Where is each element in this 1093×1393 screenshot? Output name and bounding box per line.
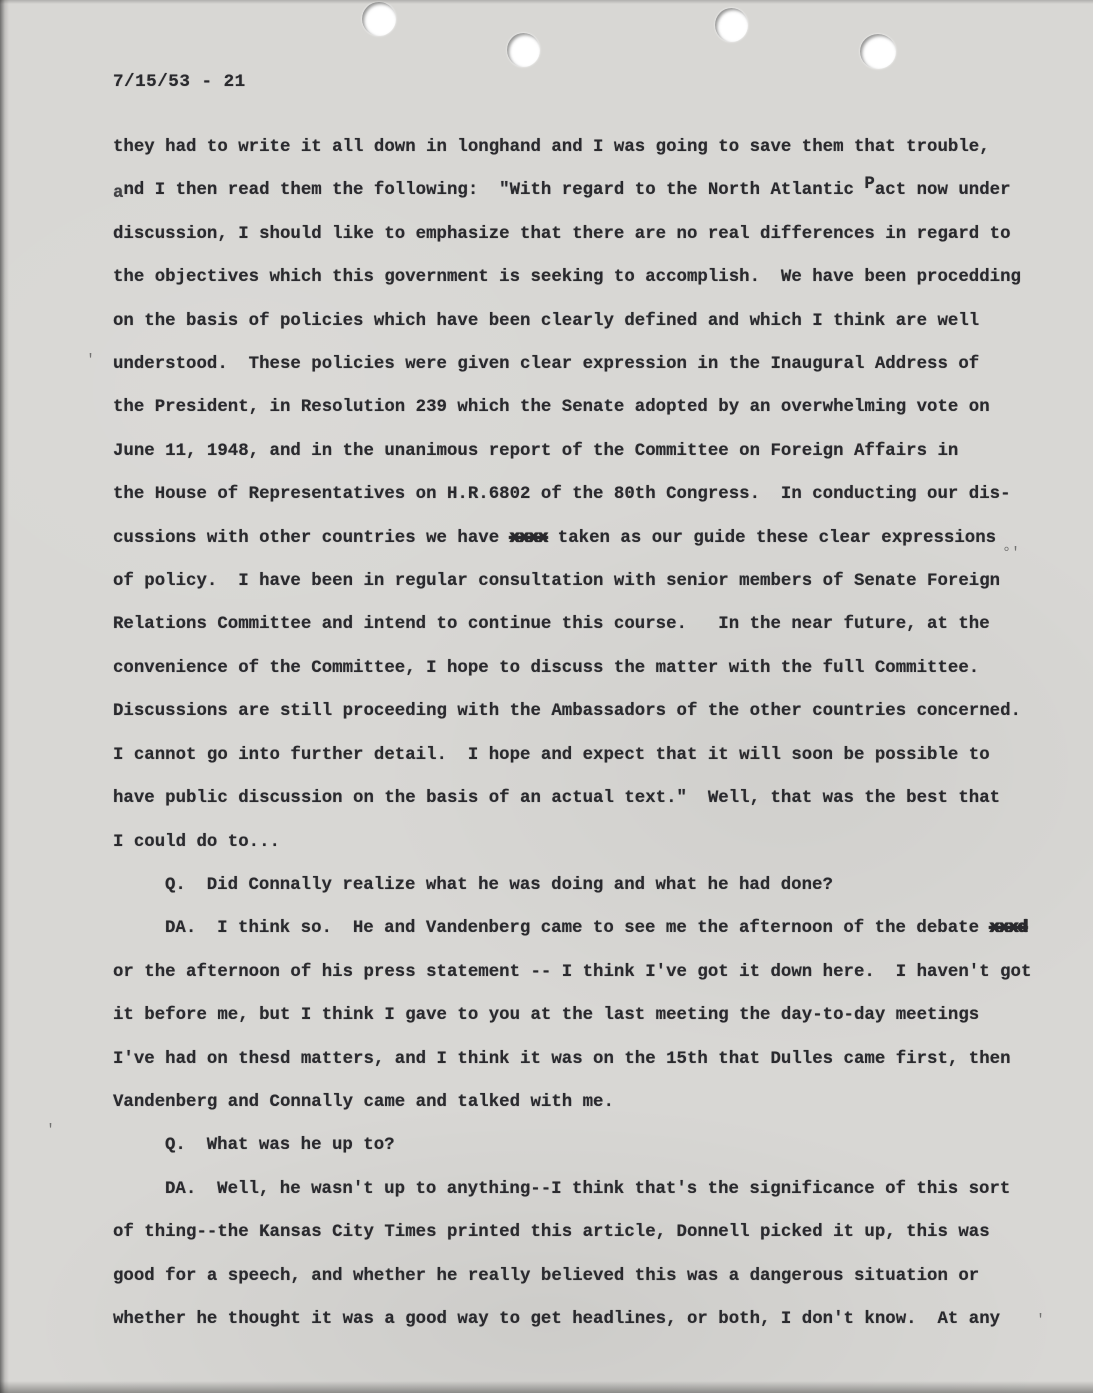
typed-text: taken as our guide these clear expressio…: [547, 529, 996, 548]
typed-text: nd I then read them the following: "With…: [123, 181, 864, 200]
typed-line: June 11, 1948, and in the unanimous repo…: [113, 430, 1053, 473]
typed-text: of thing--the Kansas City Times printed …: [113, 1223, 990, 1242]
typed-text: Relations Committee and intend to contin…: [113, 615, 990, 634]
typed-line: Relations Committee and intend to contin…: [113, 603, 1053, 646]
typed-line: and I then read them the following: "Wit…: [113, 169, 1053, 212]
page-header-date: 7/15/53 - 21: [113, 72, 246, 92]
typed-text: DA. Well, he wasn't up to anything--I th…: [165, 1180, 1010, 1199]
typed-text: I've had on thesd matters, and I think i…: [113, 1050, 1011, 1069]
typed-line: the House of Representatives on H.R.6802…: [113, 473, 1053, 516]
typed-text: Discussions are still proceeding with th…: [113, 702, 1021, 721]
typed-text: a: [113, 184, 123, 203]
typed-line: convenience of the Committee, I hope to …: [113, 647, 1053, 690]
typed-text: convenience of the Committee, I hope to …: [113, 659, 979, 678]
typed-text: the President, in Resolution 239 which t…: [113, 398, 990, 417]
typed-lines: they had to write it all down in longhan…: [113, 126, 1053, 1341]
punch-hole: [715, 8, 748, 42]
typed-line: cussions with other countries we have xx…: [113, 517, 1053, 560]
typed-text: of policy. I have been in regular consul…: [113, 572, 1000, 591]
typed-line: DA. I think so. He and Vandenberg came t…: [113, 907, 1053, 950]
typed-text: whether he thought it was a good way to …: [113, 1310, 1000, 1329]
typed-text: the House of Representatives on H.R.6802…: [113, 485, 1011, 504]
typed-line: the President, in Resolution 239 which t…: [113, 386, 1053, 429]
typed-text: on the basis of policies which have been…: [113, 312, 979, 331]
typed-line: Discussions are still proceeding with th…: [113, 690, 1053, 733]
typed-line: Vandenberg and Connally came and talked …: [113, 1081, 1053, 1124]
typed-text: understood. These policies were given cl…: [113, 355, 979, 374]
typed-text: cussions with other countries we have: [113, 529, 510, 548]
punch-hole: [507, 33, 540, 67]
typed-text: Vandenberg and Connally came and talked …: [113, 1093, 614, 1112]
typed-text: I could do to...: [113, 833, 280, 852]
typed-text: DA. I think so. He and Vandenberg came t…: [165, 919, 989, 938]
typed-text: or the afternoon of his press statement …: [113, 963, 1031, 982]
typed-text: P: [864, 175, 874, 194]
typed-line: good for a speech, and whether he really…: [113, 1255, 1053, 1298]
typed-line: they had to write it all down in longhan…: [113, 126, 1053, 169]
typed-line: have public discussion on the basis of a…: [113, 777, 1053, 820]
scan-speck: ': [86, 352, 95, 369]
typed-line: DA. Well, he wasn't up to anything--I th…: [113, 1168, 1053, 1211]
typed-line: I cannot go into further detail. I hope …: [113, 734, 1053, 777]
struck-out-word: xxxx: [510, 529, 548, 548]
typed-text: have public discussion on the basis of a…: [113, 789, 1000, 808]
typed-line: I've had on thesd matters, and I think i…: [113, 1038, 1053, 1081]
typed-line: whether he thought it was a good way to …: [113, 1298, 1053, 1341]
typed-line: Q. What was he up to?: [113, 1124, 1053, 1167]
typed-text: June 11, 1948, and in the unanimous repo…: [113, 442, 958, 461]
typed-text: Q. Did Connally realize what he was doin…: [165, 876, 833, 895]
typed-line: discussion, I should like to emphasize t…: [113, 213, 1053, 256]
scan-speck: ': [46, 1122, 55, 1139]
typed-text: it before me, but I think I gave to you …: [113, 1006, 979, 1025]
typed-line: on the basis of policies which have been…: [113, 300, 1053, 343]
typed-line: of policy. I have been in regular consul…: [113, 560, 1053, 603]
typed-line: it before me, but I think I gave to you …: [113, 994, 1053, 1037]
scan-edge-bottom: [0, 1381, 1093, 1393]
typed-line: the objectives which this government is …: [113, 256, 1053, 299]
typed-text: Q. What was he up to?: [165, 1136, 395, 1155]
scan-edge-left: [0, 0, 9, 1393]
typed-text: discussion, I should like to emphasize t…: [113, 225, 1011, 244]
scan-speck: ': [1036, 1312, 1045, 1329]
typed-text: the objectives which this government is …: [113, 268, 1021, 287]
typed-line: I could do to...: [113, 821, 1053, 864]
typed-text: good for a speech, and whether he really…: [113, 1267, 979, 1286]
typed-line: Q. Did Connally realize what he was doin…: [113, 864, 1053, 907]
struck-out-word: xxxd: [989, 919, 1027, 938]
typed-line: or the afternoon of his press statement …: [113, 951, 1053, 994]
scan-edge-top: [0, 0, 1093, 4]
typed-text: act now under: [875, 181, 1011, 200]
typed-line: understood. These policies were given cl…: [113, 343, 1053, 386]
typed-text: I cannot go into further detail. I hope …: [113, 746, 990, 765]
typed-text: they had to write it all down in longhan…: [113, 138, 990, 157]
scan-speck: °': [1002, 545, 1020, 562]
punch-hole: [860, 34, 896, 69]
document-page: 7/15/53 - 21 they had to write it all do…: [0, 0, 1093, 1393]
typed-line: of thing--the Kansas City Times printed …: [113, 1211, 1053, 1254]
punch-hole: [362, 2, 396, 36]
